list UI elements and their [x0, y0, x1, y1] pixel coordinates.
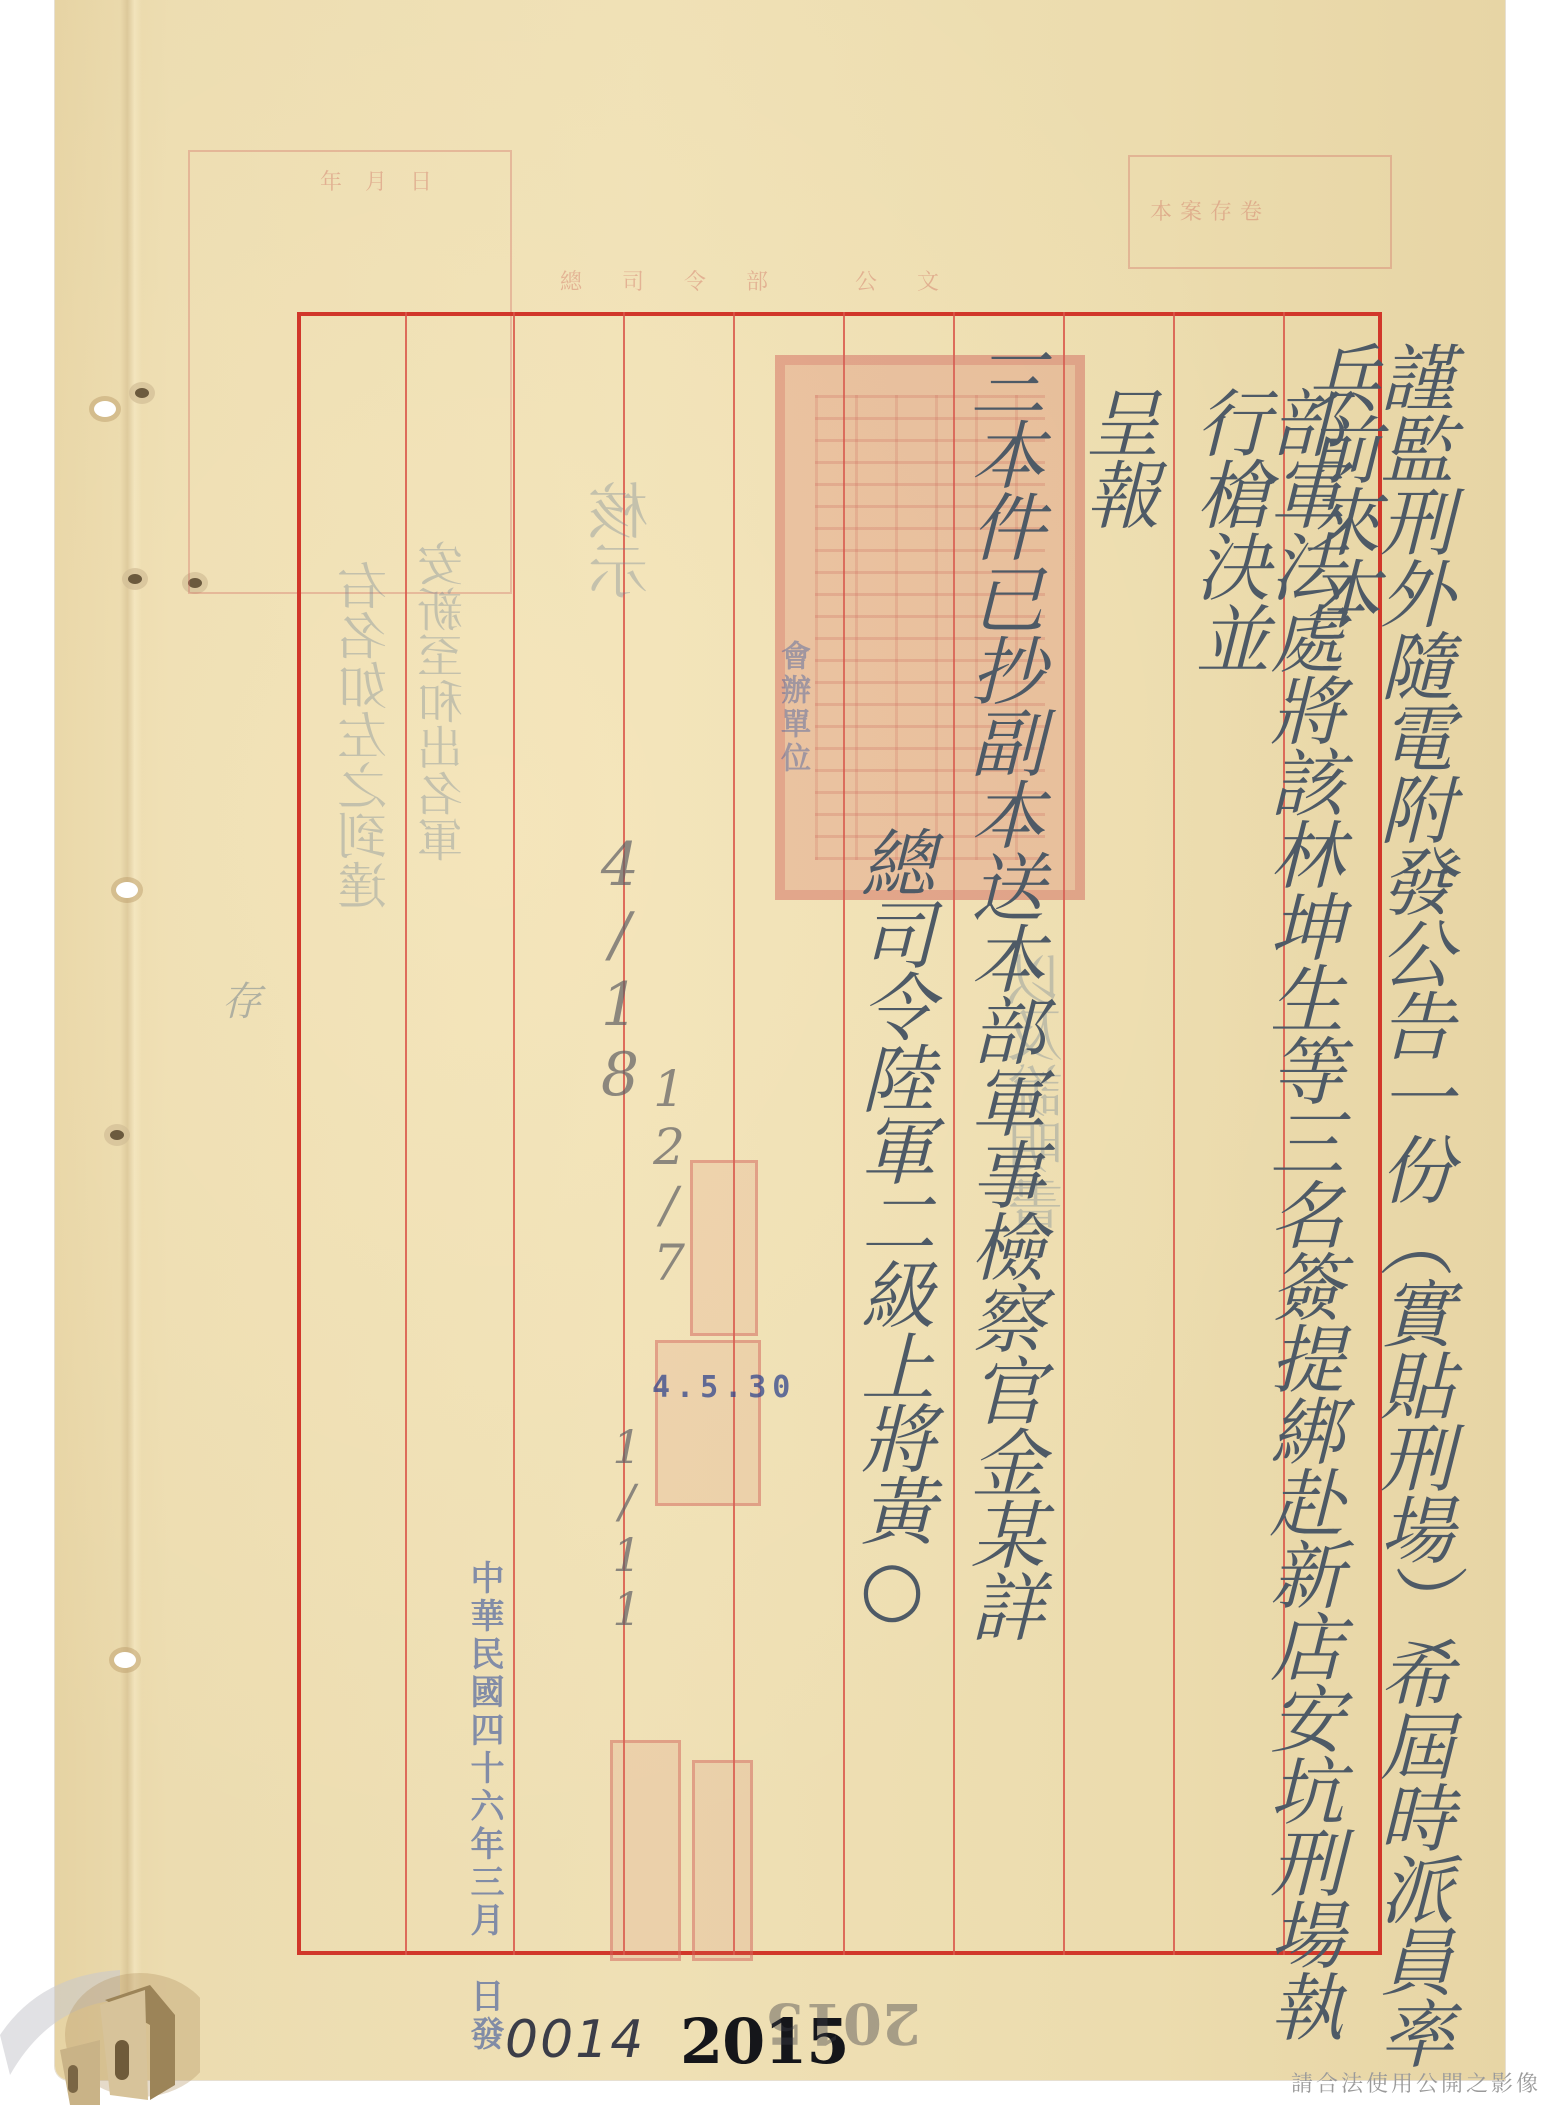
binding-hole-torn	[110, 1130, 124, 1140]
red-stamp	[655, 1340, 761, 1506]
pencil-mark: 1/11	[600, 1420, 654, 1636]
binding-hole	[114, 1652, 136, 1668]
body-column-3: 呈報	[1080, 385, 1154, 529]
pencil-mark: 12/7	[640, 1060, 698, 1292]
blue-stamp-column: 會辦單位	[770, 640, 814, 776]
bleed-through-text: 核示	[580, 480, 666, 600]
red-stamp	[692, 1760, 753, 1961]
archive-page-number: 0014	[505, 2010, 645, 2070]
paper-fold	[120, 0, 142, 2080]
body-column-4: 三本件已抄副本送本部軍事檢察官金某詳	[965, 345, 1039, 1641]
header-left-labels: 年 月 日	[320, 165, 440, 196]
margin-note: 存	[210, 980, 267, 1020]
column-rule	[733, 312, 735, 1955]
received-date-stamp: 4.5.30	[652, 1370, 796, 1405]
binding-hole-torn	[128, 574, 142, 584]
red-stamp	[690, 1160, 758, 1336]
ghost-page-number: 2015	[765, 1990, 921, 2056]
usage-watermark: 請合法使用公開之影像	[1291, 2067, 1541, 2098]
binding-hole	[94, 401, 116, 417]
archive-logo-icon	[0, 1965, 200, 2105]
column-rule	[513, 312, 515, 1955]
bleed-through-text: 右名如左之到達	[330, 560, 402, 910]
signature-column: 總司令陸軍二級上將黃○	[855, 825, 929, 1629]
column-rule	[405, 312, 407, 1955]
body-column-2: 部軍法處將該林坤生等三名簽提綁赴新店安坑刑場執行槍決並	[1190, 385, 1338, 2112]
column-rule	[1173, 312, 1175, 1955]
binding-hole	[116, 882, 138, 898]
header-right-text: 本案存卷	[1150, 195, 1270, 226]
header-faint-title: 總司令部 公文	[560, 265, 979, 296]
red-stamp	[610, 1740, 681, 1961]
binding-hole-torn	[135, 388, 149, 398]
bleed-through-text: 安新至和出名軍	[410, 540, 476, 862]
issue-date-print: 中華民國四十六年三月 日發	[460, 1560, 509, 2054]
